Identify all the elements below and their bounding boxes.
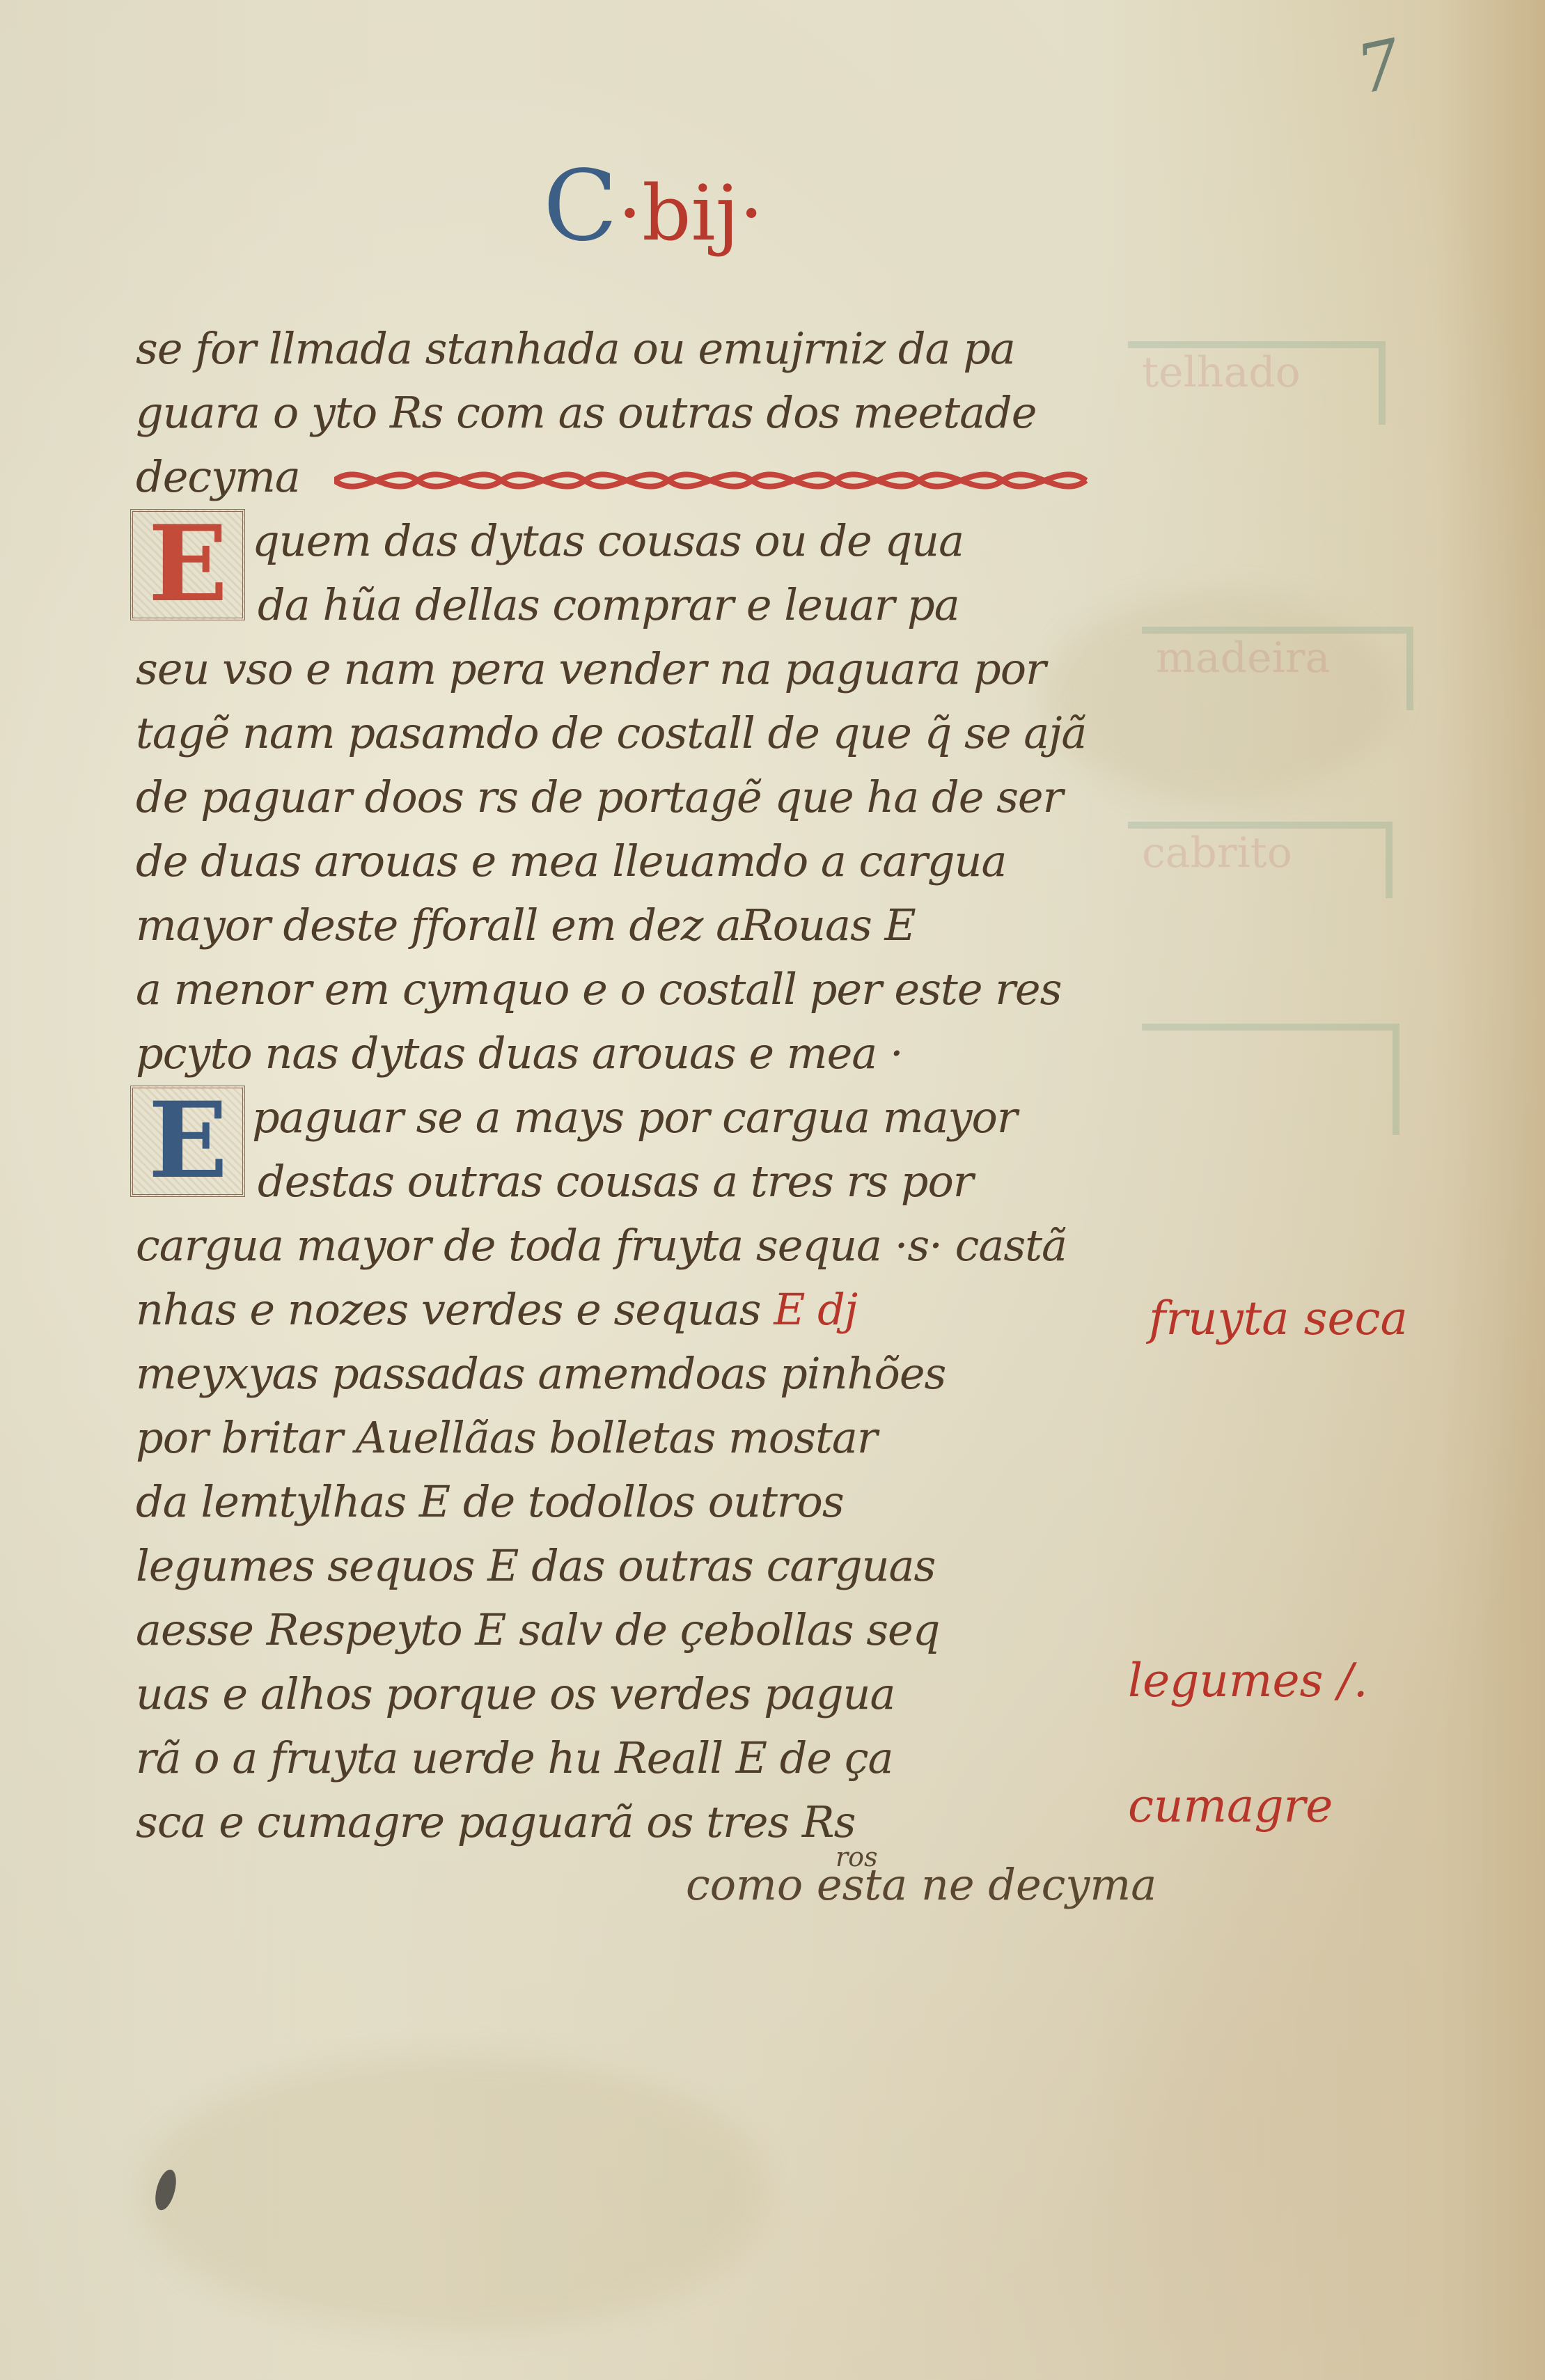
text-line: decyma — [136, 445, 1180, 509]
show-through-frame — [1142, 1024, 1399, 1135]
text-line-content: da lemtylhas — [136, 1476, 406, 1527]
paragraph-segment: E salv de çebollas seq — [475, 1604, 939, 1655]
marginal-note-cumagre: cumagre — [1128, 1779, 1333, 1833]
paragraph-segment: E das outras carguas — [487, 1540, 935, 1591]
text-line: rã o a fruyta uerde hu Reall E de ça — [136, 1726, 1180, 1790]
text-line-content: quem das dytas cousas ou de qua — [252, 515, 964, 566]
water-stain — [139, 2054, 766, 2333]
chapter-heading: C·bij· — [543, 150, 764, 263]
chapter-initial: C — [543, 150, 618, 263]
closing-line: como esta ne decyma — [686, 1859, 1156, 1910]
text-line: seu vso e nam pera vender na paguara por — [136, 637, 1180, 701]
folio-number: 7 — [1350, 24, 1408, 109]
text-line: se for llmada stanhada ou emujrniz da pa — [136, 317, 1180, 381]
text-line: tagẽ nam pasamdo de costall de que q̃ se… — [136, 701, 1180, 765]
text-line: por britar Auellãas bolletas mostar — [136, 1406, 1180, 1470]
text-line: pcyto nas dytas duas arouas e mea · — [136, 1021, 1180, 1086]
text-line: a menor em cymquo e o costall per este r… — [136, 957, 1180, 1021]
text-line-content: aesse Respeyto — [136, 1604, 462, 1655]
text-line-content: paguar se a mays por cargua mayor — [252, 1092, 1017, 1143]
marginal-note-fruyta-seca: fruyta seca — [1149, 1292, 1408, 1345]
text-line: nhas e nozes verdes e sequas E dj — [136, 1278, 1180, 1342]
text-line: guara o yto Rs com as outras dos meetade — [136, 381, 1180, 445]
text-line-content: rã o a fruyta uerde hu Reall — [136, 1732, 723, 1783]
text-line: da lemtylhas E de todollos outros — [136, 1470, 1180, 1534]
text-line: uas e alhos porque os verdes pagua — [136, 1662, 1180, 1726]
text-line: aesse Respeyto E salv de çebollas seq — [136, 1598, 1180, 1662]
text-line: legumes sequos E das outras carguas — [136, 1534, 1180, 1598]
text-line: de paguar doos rs de portagẽ que ha de s… — [136, 765, 1180, 829]
text-line: Equem das dytas cousas ou de qua — [136, 509, 1180, 573]
text-line: de duas arouas e mea lleuamdo a cargua — [136, 829, 1180, 893]
illuminated-initial-red: E — [130, 509, 245, 620]
manuscript-page: 7 C·bij· telhado madeira cabrito se for … — [0, 0, 1545, 2380]
text-line: da hũa dellas comprar e leuar pa — [136, 573, 1180, 637]
text-line: mayor deste fforall em dez aRouas E — [136, 893, 1180, 957]
paragraph-mark: E dj — [774, 1284, 857, 1335]
decorative-line-filler — [334, 460, 1114, 501]
text-line: cargua mayor de toda fruyta sequa ·s· ca… — [136, 1214, 1180, 1278]
text-line-content: nhas e nozes verdes e sequas — [136, 1284, 760, 1335]
text-line: meyxyas passadas amemdoas pinhões — [136, 1342, 1180, 1406]
show-through-frame — [1142, 627, 1413, 710]
illuminated-initial-blue: E — [130, 1086, 245, 1197]
text-line-content: legumes sequos — [136, 1540, 474, 1591]
paragraph-segment: E de ça — [736, 1732, 893, 1783]
text-line-content: decyma — [136, 451, 300, 502]
text-line: Epaguar se a mays por cargua mayor — [136, 1086, 1180, 1150]
text-line: destas outras cousas a tres rs por — [136, 1150, 1180, 1214]
text-line: sca e cumagre paguarã os tres Rs — [136, 1790, 1180, 1854]
marginal-note-legumes: legumes /. — [1128, 1654, 1368, 1707]
chapter-numeral: ·bij· — [618, 169, 764, 258]
paragraph-segment: E de todollos outros — [419, 1476, 844, 1527]
main-text: se for llmada stanhada ou emujrniz da pa… — [136, 317, 1180, 1854]
